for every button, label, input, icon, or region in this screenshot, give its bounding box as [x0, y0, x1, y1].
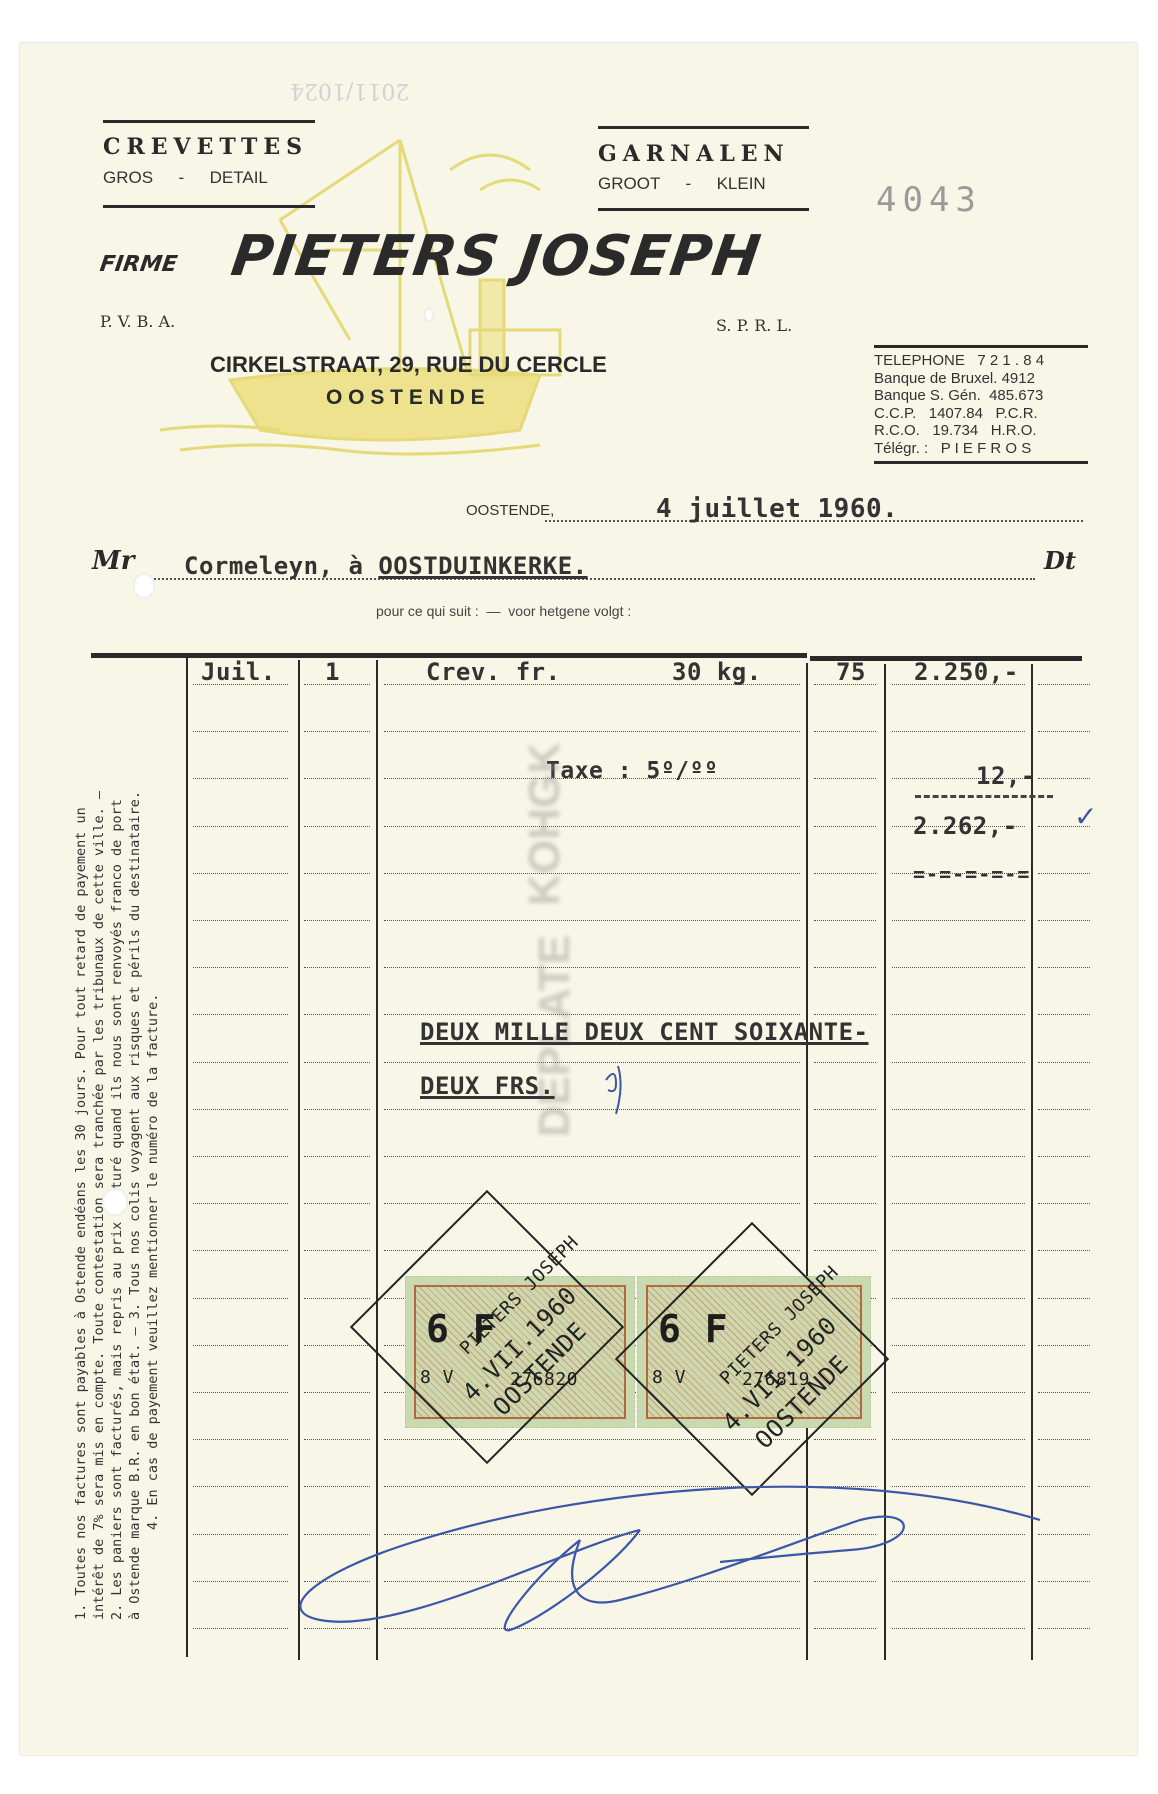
rco-register: R.C.O. 19.734 H.R.O.	[874, 422, 1088, 440]
contact-box: TELEPHONE 7 2 1 . 8 4 Banque de Bruxel. …	[874, 352, 1088, 457]
ledger-dotted-line	[814, 778, 876, 779]
legal-form-left: P. V. B. A.	[100, 312, 175, 331]
ledger-dotted-line	[193, 1628, 288, 1629]
ledger-dotted-line	[814, 967, 876, 968]
ledger-dotted-line	[193, 1156, 288, 1157]
ledger-dotted-line	[193, 873, 288, 874]
ledger-dotted-line	[384, 826, 800, 827]
ledger-dotted-line	[304, 920, 370, 921]
ledger-dotted-line	[892, 967, 1025, 968]
ledger-dotted-line	[892, 1439, 1025, 1440]
ledger-dotted-line	[193, 1534, 288, 1535]
contact-box-top-rule	[874, 345, 1088, 348]
ledger-dotted-line	[1038, 684, 1090, 685]
firm-name: PIETERS JOSEPH	[227, 224, 765, 289]
ledger-dotted-line	[384, 920, 800, 921]
ledger-dotted-line	[892, 1345, 1025, 1346]
header-rule	[103, 205, 315, 208]
ledger-dotted-line	[814, 873, 876, 874]
ledger-dotted-line	[304, 1062, 370, 1063]
ledger-dotted-line	[892, 1250, 1025, 1251]
ledger-dotted-line	[1038, 731, 1090, 732]
ledger-dotted-line	[1038, 1109, 1090, 1110]
garnalen-title: GARNALEN	[598, 141, 790, 167]
pen-mark-icon	[600, 1060, 640, 1120]
legal-form-right: S. P. R. L.	[716, 316, 792, 335]
ledger-dotted-line	[1038, 1439, 1090, 1440]
ledger-dotted-line	[892, 920, 1025, 921]
ledger-dotted-line	[814, 1439, 876, 1440]
ledger-dotted-line	[193, 967, 288, 968]
ledger-dotted-line	[304, 1014, 370, 1015]
check-mark-icon: ✓	[1074, 800, 1097, 833]
ccp-account: C.C.P. 1407.84 P.C.R.	[874, 405, 1088, 423]
item-description: Crev. fr.	[426, 658, 561, 686]
ledger-dotted-line	[814, 731, 876, 732]
signature	[280, 1470, 1120, 1650]
ledger-dotted-line	[1038, 1392, 1090, 1393]
debit-marker: Dt	[1044, 546, 1076, 575]
ledger-dotted-line	[304, 1298, 370, 1299]
contact-box-bottom-rule	[874, 461, 1088, 464]
column-divider	[186, 657, 188, 1657]
ledger-dotted-line	[304, 1250, 370, 1251]
telegram-address: Télégr. : P I E F R O S	[874, 440, 1088, 458]
tax-amount: 12,-	[976, 762, 1036, 790]
ledger-dotted-line	[814, 1203, 876, 1204]
city-name: O O S T E N D E	[326, 386, 485, 410]
firm-prefix: FIRME	[98, 252, 179, 277]
crevettes-title: CREVETTES	[103, 134, 308, 160]
ledger-dotted-line	[1038, 1062, 1090, 1063]
ledger-dotted-line	[1038, 967, 1090, 968]
ledger-dotted-line	[814, 1062, 876, 1063]
ledger-dotted-line	[1038, 778, 1090, 779]
ledger-dotted-line	[193, 826, 288, 827]
ledger-dotted-line	[1038, 1250, 1090, 1251]
item-quantity: 30 kg.	[672, 658, 762, 686]
ledger-dotted-line	[892, 1014, 1025, 1015]
date-place-label: OOSTENDE,	[466, 502, 554, 519]
pencil-note: 2011/1024	[290, 78, 409, 103]
ledger-dotted-line	[193, 920, 288, 921]
bank-societe-generale: Banque S. Gén. 485.673	[874, 387, 1088, 405]
ledger-dotted-line	[892, 731, 1025, 732]
bank-bruxelles: Banque de Bruxel. 4912	[874, 370, 1088, 388]
amount-in-words-line-1: DEUX MILLE DEUX CENT SOIXANTE-	[420, 1018, 868, 1046]
terms-line: 1. Toutes nos factures sont payables à O…	[72, 600, 90, 1620]
watermark-text: KOHGK	[520, 742, 570, 906]
intro-text: pour ce qui suit : — voor hetgene volgt …	[376, 603, 631, 619]
punch-hole	[133, 573, 155, 599]
item-month: Juil.	[201, 658, 276, 686]
ledger-dotted-line	[892, 1156, 1025, 1157]
item-amount: 2.250,-	[914, 658, 1019, 686]
addressee-name: Cormeleyn, à OOSTDUINKERKE.	[184, 552, 588, 580]
ledger-dotted-line	[384, 1062, 800, 1063]
ledger-dotted-line	[1038, 1156, 1090, 1157]
total-amount: 2.262,-	[913, 812, 1018, 840]
ledger-dotted-line	[193, 731, 288, 732]
ledger-dotted-line	[193, 1298, 288, 1299]
punch-hole	[102, 1188, 128, 1216]
ledger-dotted-line	[193, 1581, 288, 1582]
ledger-dotted-line	[193, 1439, 288, 1440]
ledger-dotted-line	[193, 1345, 288, 1346]
addressee-prefix: Mr	[92, 546, 134, 576]
ledger-dotted-line	[384, 1203, 800, 1204]
ledger-dotted-line	[304, 1392, 370, 1393]
ledger-dotted-line	[384, 1014, 800, 1015]
ledger-dotted-line	[193, 1203, 288, 1204]
ledger-dotted-line	[384, 1156, 800, 1157]
amount-in-words-line-2: DEUX FRS.	[420, 1072, 555, 1100]
ledger-dotted-line	[193, 1250, 288, 1251]
customer-town: OOSTDUINKERKE.	[378, 552, 587, 580]
terms-line: 4. En cas de payement veuillez mentionne…	[144, 600, 162, 1620]
ledger-dotted-line	[384, 873, 800, 874]
ledger-dotted-line	[304, 731, 370, 732]
ledger-dotted-line	[193, 778, 288, 779]
ledger-dotted-line	[814, 826, 876, 827]
header-rule	[103, 120, 315, 123]
terms-line: à Ostende marque B.R. en bon état. — 3. …	[126, 600, 144, 1620]
ledger-dotted-line	[384, 967, 800, 968]
ledger-dotted-line	[304, 1156, 370, 1157]
ledger-dotted-line	[304, 1109, 370, 1110]
ledger-dotted-line	[193, 1062, 288, 1063]
payment-terms: 1. Toutes nos factures sont payables à O…	[72, 600, 162, 1620]
ledger-dotted-line	[814, 1156, 876, 1157]
invoice-date: 4 juillet 1960.	[656, 494, 898, 524]
ledger-dotted-line	[193, 1486, 288, 1487]
crevettes-subtitle: GROS - DETAIL	[103, 168, 268, 188]
ledger-dotted-line	[384, 1109, 800, 1110]
ledger-dotted-line	[304, 1345, 370, 1346]
ledger-dotted-line	[304, 873, 370, 874]
address-line: CIRKELSTRAAT, 29, RUE DU CERCLE	[210, 352, 607, 378]
ledger-dotted-line	[384, 731, 800, 732]
ledger-dotted-line	[814, 920, 876, 921]
garnalen-subtitle: GROOT - KLEIN	[598, 174, 766, 194]
ledger-dotted-line	[193, 1392, 288, 1393]
ledger-dotted-line	[193, 1109, 288, 1110]
ledger-dotted-line	[1038, 920, 1090, 921]
ledger-dotted-line	[814, 1109, 876, 1110]
terms-line: intérêt de 7% sera mis en compte. Toute …	[90, 600, 108, 1620]
header-rule	[598, 208, 809, 211]
ledger-dotted-line	[304, 778, 370, 779]
ledger-dotted-line	[892, 1109, 1025, 1110]
tax-label: Taxe : 5º/ºº	[546, 758, 718, 784]
sum-rule	[915, 795, 1053, 798]
total-double-rule: =-=-=-=-=	[913, 862, 1030, 886]
punch-hole	[424, 308, 434, 322]
ledger-dotted-line	[1038, 873, 1090, 874]
ledger-dotted-line	[1038, 1014, 1090, 1015]
terms-line: 2. Les paniers sont facturés, mais repri…	[108, 600, 126, 1620]
ledger-dotted-line	[892, 1298, 1025, 1299]
ledger-dotted-line	[892, 1392, 1025, 1393]
ledger-dotted-line	[193, 1014, 288, 1015]
invoice-number: 4043	[876, 180, 982, 220]
ledger-dotted-line	[892, 1203, 1025, 1204]
ledger-dotted-line	[304, 967, 370, 968]
ledger-dotted-line	[892, 1062, 1025, 1063]
ledger-dotted-line	[304, 1203, 370, 1204]
ledger-dotted-line	[1038, 1298, 1090, 1299]
ledger-dotted-line	[1038, 1345, 1090, 1346]
header-rule	[598, 126, 809, 129]
item-day: 1	[325, 658, 340, 686]
customer-name: Cormeleyn, à	[184, 552, 378, 580]
telephone: TELEPHONE 7 2 1 . 8 4	[874, 352, 1088, 370]
item-unit-price: 75	[836, 658, 866, 686]
ledger-dotted-line	[304, 826, 370, 827]
ledger-dotted-line	[814, 1250, 876, 1251]
ledger-dotted-line	[1038, 1203, 1090, 1204]
ledger-dotted-line	[814, 1014, 876, 1015]
ledger-dotted-line	[304, 1439, 370, 1440]
